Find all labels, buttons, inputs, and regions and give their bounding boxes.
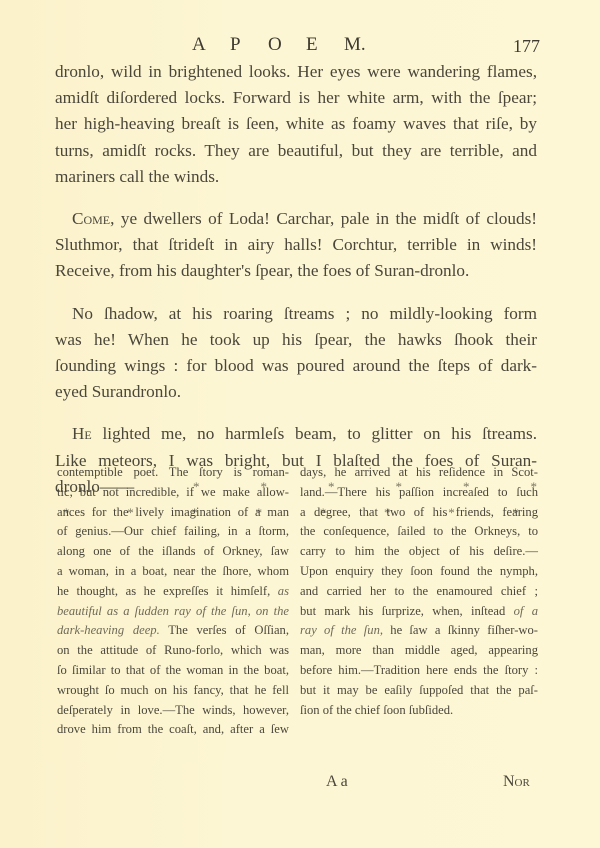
text-run: ye dwellers of Loda! Carchar, pale in th… [114,209,537,228]
running-head: APOEM. 177 [0,34,600,58]
text-line: turns, amidſt rocks. They are beautiful,… [55,138,537,164]
note-line: deſperately in love.—The winds, however, [57,701,289,721]
note-line: wrought ſo much on his fancy, that he fe… [57,681,289,701]
running-title-letter: A [192,34,230,56]
note-line: and carried her to the enamoured chief ; [300,582,538,602]
note-line: he thought, as he expreſſes it himſelf, … [57,582,289,602]
note-line: tic, but not incredible, if we make allo… [57,483,289,503]
note-line: beautiful as a ſudden ray of the ſun, on… [57,602,289,622]
note-line: ſion of the chief ſoon ſubſided. [300,701,538,721]
note-line: the conſequence, ſailed to the Orkneys, … [300,522,538,542]
text-line: her high-heaving breaſt is ſeen, white a… [55,111,537,137]
note-line: Upon enquiry they ſoon found the nymph, [300,562,538,582]
note-line: on the attitude of Runo-forlo, which was [57,641,289,661]
text-run: he ſaw a ſkinny fiſher-wo- [383,623,538,637]
note-line: a degree, that two of his friends, feari… [300,503,538,523]
note-line: a woman, in a boat, near the ſhore, whom [57,562,289,582]
running-title-letter: O [268,34,306,56]
text-line: Come, ye dwellers of Loda! Carchar, pale… [55,206,537,232]
small-caps-lead: He [72,424,92,443]
paragraph: dronlo, wild in brightened looks. Her ey… [55,59,537,190]
text-run: he thought, as he expreſſes it himſelf, [57,584,270,598]
running-title-letter: E [306,34,344,56]
note-line: but mark his ſurprize, when, inſtead of … [300,602,538,622]
book-page: APOEM. 177 dronlo, wild in brightened lo… [0,0,600,848]
page-number: 177 [513,36,540,57]
text-run: The verſes of Oſſian, [160,623,289,637]
text-run: but mark his ſurprize, when, inſtead [300,604,505,618]
note-line: days, he arrived at his reſidence in Sco… [300,463,538,483]
running-title: APOEM. [192,34,382,56]
text-line: mariners call the winds. [55,164,537,190]
paragraph: Come, ye dwellers of Loda! Carchar, pale… [55,206,537,285]
text-line: was he! When he took up his ſpear, the h… [55,327,537,353]
poem-body: dronlo, wild in brightened looks. Her ey… [55,59,537,526]
text-line: Receive, from his daughter's ſpear, the … [55,258,537,284]
running-title-letter: P [230,34,268,56]
catchword: Nor [503,773,530,791]
paragraph: No ſhadow, at his roaring ſtreams ; no m… [55,301,537,406]
italic-run: as [270,584,289,598]
note-line: land.—There his paſſion increaſed to ſuc… [300,483,538,503]
italic-run: dark-heaving deep. [57,623,160,637]
note-line: of genius.—Our chief failing, in a ſtorm… [57,522,289,542]
footnote-column-left: contemptible poet. The ſtory is roman- t… [57,463,289,740]
text-line: No ſhadow, at his roaring ſtreams ; no m… [55,301,537,327]
text-line: Sluthmor, that ſtrideſt in airy halls! C… [55,232,537,258]
text-run: lighted me, no harmleſs beam, to glitter… [92,424,537,443]
note-line: man, more than middle aged, appearing [300,641,538,661]
note-line: contemptible poet. The ſtory is roman- [57,463,289,483]
text-line: eyed Surandronlo. [55,379,537,405]
text-line: ſounding wings : for blood was poured ar… [55,353,537,379]
signature-mark: A a [326,773,348,791]
note-line: but it may be eaſily ſuppoſed that the p… [300,681,538,701]
note-line: along one of the iſlands of Orkney, ſaw [57,542,289,562]
text-line: dronlo, wild in brightened looks. Her ey… [55,59,537,85]
running-title-letter: M. [344,34,382,56]
note-line: drove him from the coaſt, and, after a ſ… [57,720,289,740]
small-caps-lead: Come, [72,209,114,228]
note-line: dark-heaving deep. The verſes of Oſſian, [57,621,289,641]
text-line: amidſt diſordered locks. Forward is her … [55,85,537,111]
note-line: carry to him the object of his deſire.— [300,542,538,562]
footnote-column-right: days, he arrived at his reſidence in Sco… [300,463,538,720]
italic-run: of a [505,604,538,618]
note-line: before him.—Tradition here ends the ſtor… [300,661,538,681]
note-line: ances for the lively imagination of a ma… [57,503,289,523]
italic-run: ray of the ſun, [300,623,383,637]
note-line: ray of the ſun, he ſaw a ſkinny fiſher-w… [300,621,538,641]
note-line: ſo ſimilar to that of the woman in the b… [57,661,289,681]
text-line: He lighted me, no harmleſs beam, to glit… [55,421,537,447]
